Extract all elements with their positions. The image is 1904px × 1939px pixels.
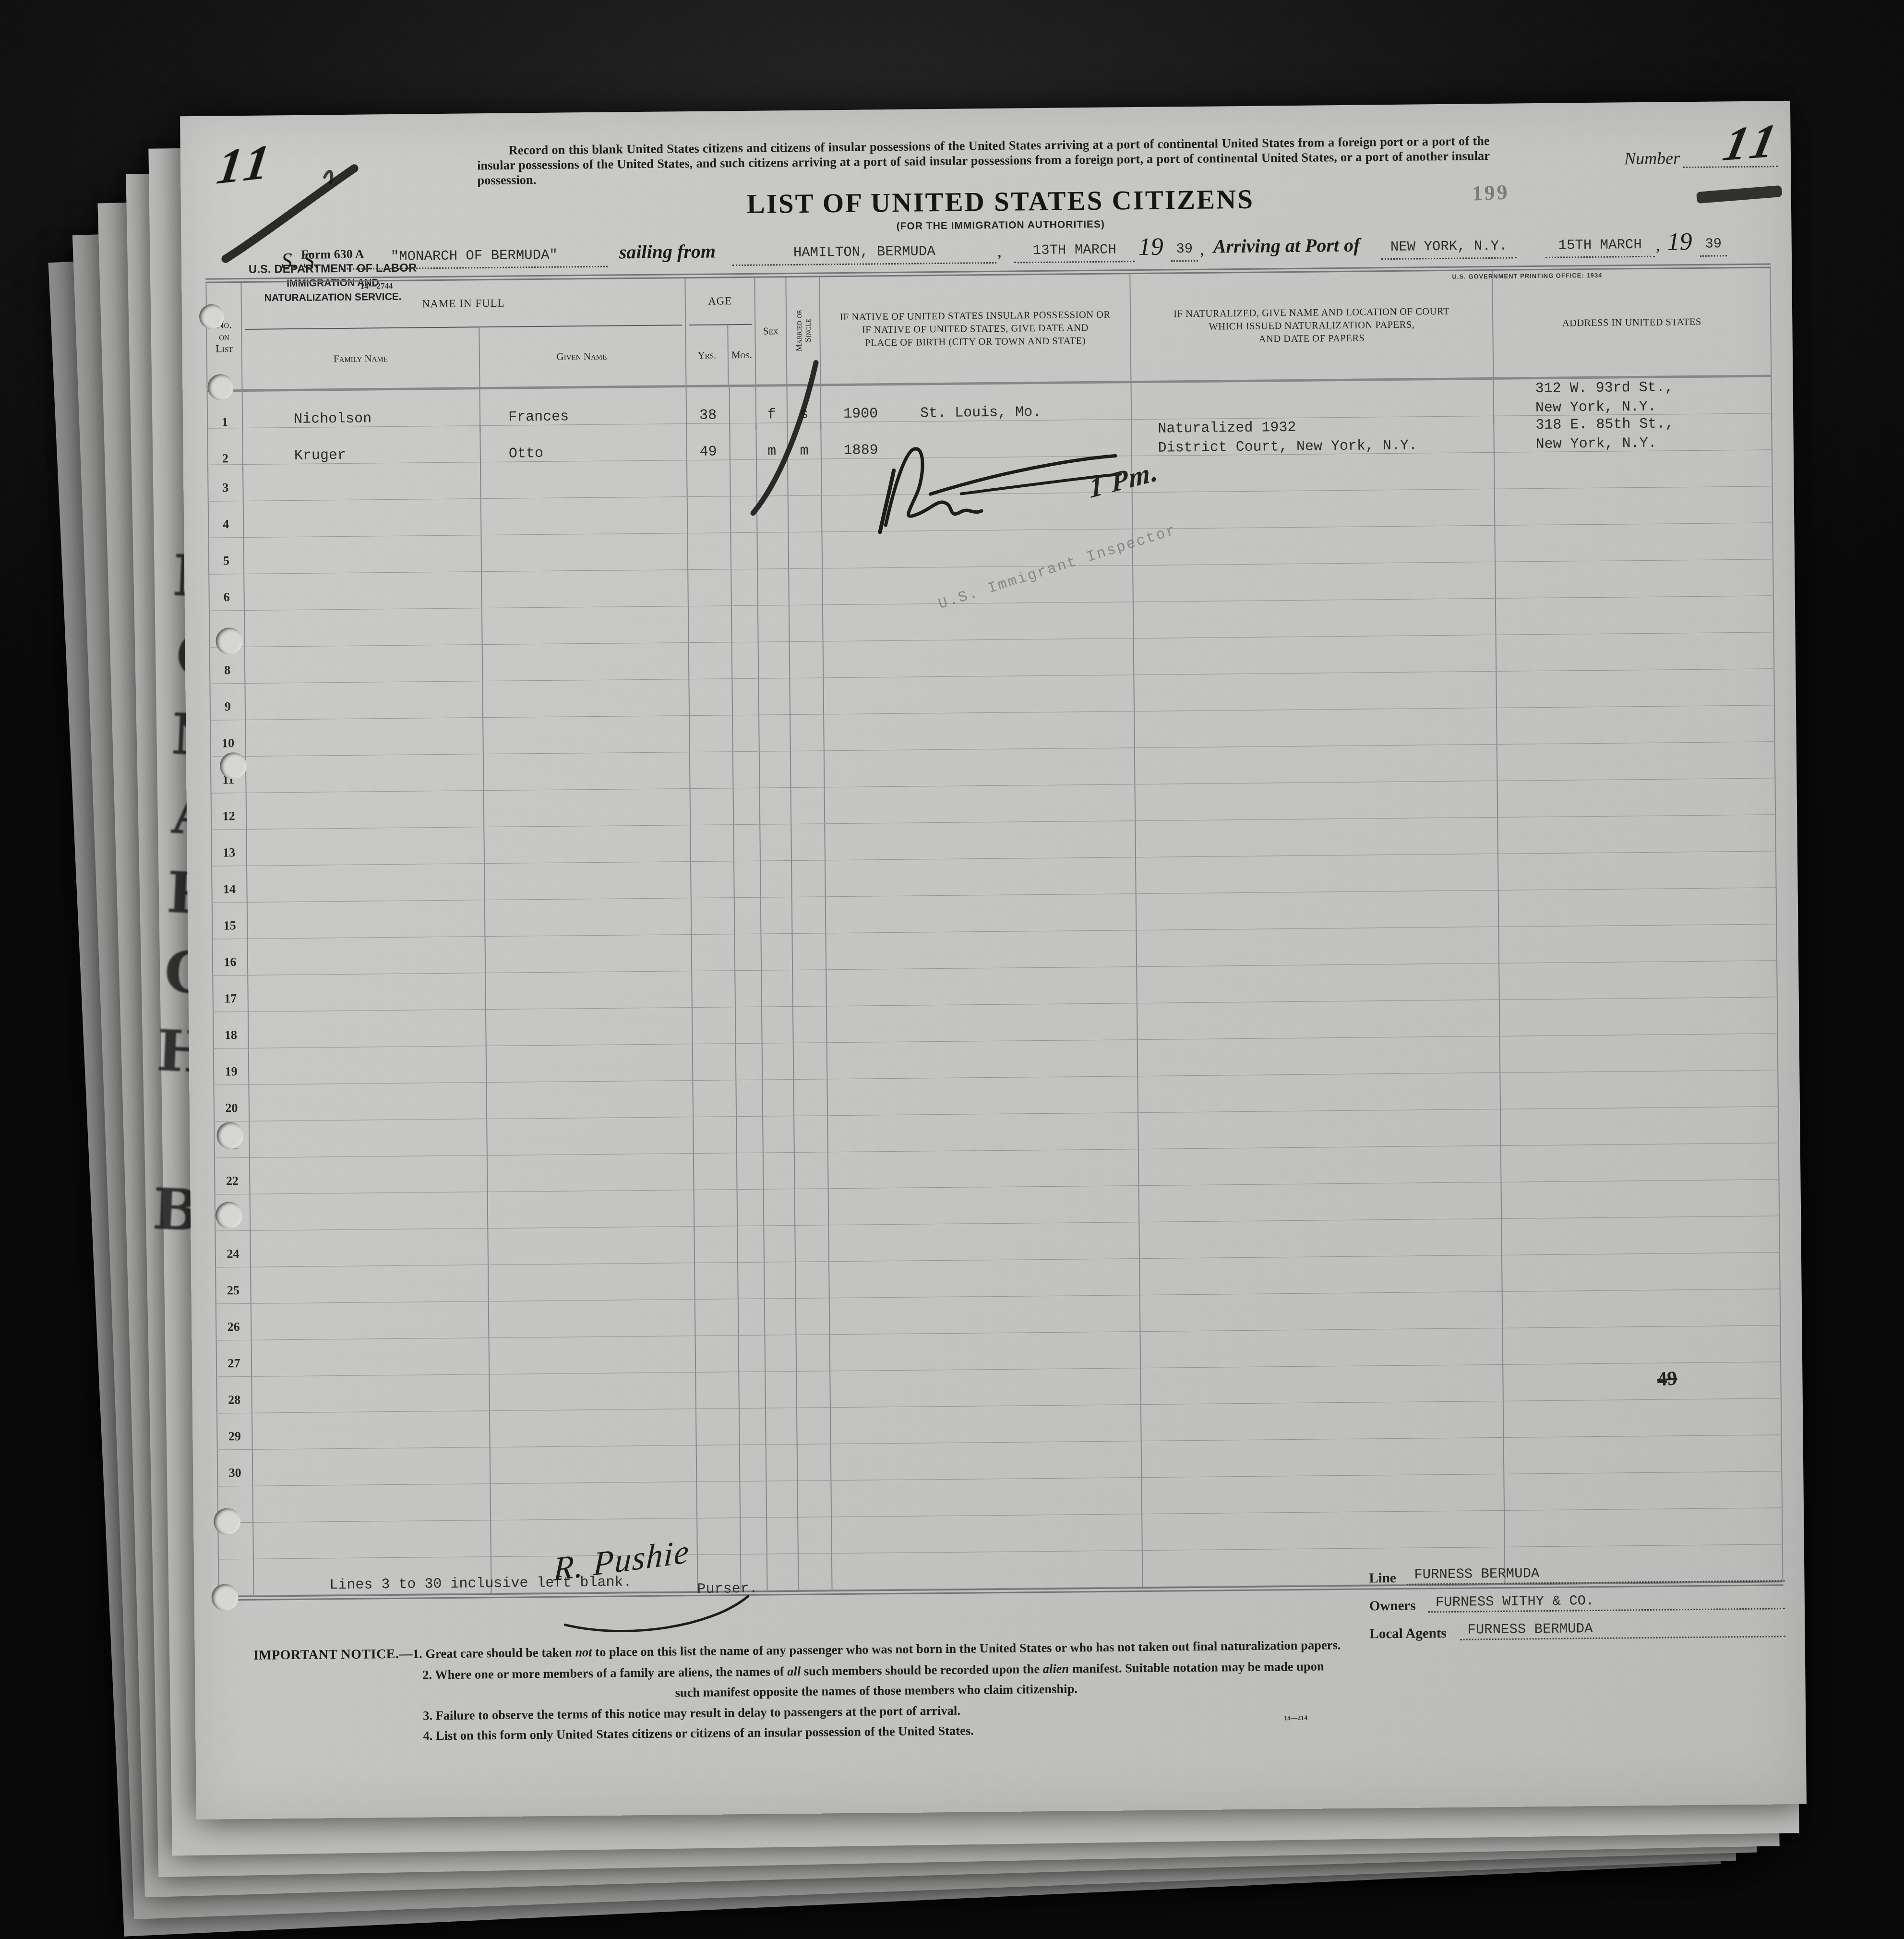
header-given-name: Given Name [479, 325, 683, 387]
row-number: 13 [211, 830, 247, 866]
cell-given-name [485, 862, 692, 900]
cell-given-name [487, 1044, 694, 1082]
cell-age-yrs [692, 971, 736, 1007]
cell-birth [828, 1113, 1139, 1152]
cell-given-name [487, 1081, 694, 1119]
cell-birth [822, 456, 1133, 495]
cell-sex [766, 1408, 798, 1445]
cell-naturalization [1138, 1036, 1501, 1076]
cell-family-name [245, 645, 483, 683]
cell-married-or-single [794, 1079, 828, 1116]
cell-age-yrs [689, 642, 733, 679]
cell-address [1503, 1289, 1781, 1328]
cell-naturalization [1137, 963, 1500, 1003]
cell-sex [761, 861, 792, 897]
row-number: 16 [212, 939, 249, 976]
cell-married-or-single [795, 1225, 829, 1262]
punch-hole [216, 627, 243, 655]
cell-sex [765, 1335, 797, 1372]
number-label: Number [1624, 148, 1680, 169]
cell-age-yrs [688, 533, 731, 569]
cell-sex [766, 1481, 798, 1517]
cell-birth [826, 894, 1137, 933]
cell-age-yrs [691, 825, 734, 861]
cell-birth [830, 1368, 1141, 1407]
comma: , [1200, 239, 1204, 259]
header-mos: Mos. [728, 325, 755, 385]
handwritten-manifest-number: 11 [1719, 112, 1786, 172]
cell-married-or-single [790, 678, 824, 714]
cell-married-or-single [798, 1517, 832, 1554]
cell-married-or-single [797, 1408, 831, 1444]
cell-age-yrs [697, 1445, 741, 1481]
row-number: 22 [214, 1158, 251, 1194]
cell-family-name [248, 973, 486, 1012]
cell-age-mos [738, 1190, 765, 1226]
cell-married-or-single [788, 459, 822, 495]
cell-age-mos [732, 642, 759, 679]
arrival-year-field: 39 [1700, 233, 1727, 257]
cell-given-name [484, 752, 691, 790]
row-number: 24 [215, 1231, 251, 1267]
row-number: 15 [212, 903, 248, 939]
header-sex: Sex [755, 277, 787, 385]
cell-given-name [488, 1227, 695, 1265]
cell-family-name [248, 937, 486, 975]
printed-year-prefix: 19 [1138, 233, 1163, 261]
cell-address [1496, 559, 1774, 598]
notice-items: IMPORTANT NOTICE.—1. Great care should b… [253, 1631, 1771, 1748]
cell-given-name [481, 497, 688, 535]
row-number: 20 [213, 1085, 250, 1121]
cell-age-yrs [695, 1226, 738, 1263]
cell-married-or-single [792, 933, 826, 970]
table-header: No. on List NAME IN FULL Family Name Giv… [205, 268, 1772, 392]
line-label: Line [1369, 1570, 1396, 1587]
cell-age-mos [736, 1080, 763, 1117]
cell-naturalization [1136, 818, 1498, 857]
cell-naturalization [1138, 1073, 1501, 1112]
cell-family-name [246, 718, 484, 756]
header-married-or-single: Married or Single [786, 277, 821, 384]
cell-family-name [249, 1046, 487, 1084]
cell-address [1499, 961, 1778, 1000]
punch-hole [214, 1508, 241, 1535]
row-number: 5 [208, 538, 244, 574]
cell-age-yrs [696, 1409, 740, 1445]
cell-naturalization [1138, 1109, 1501, 1149]
cell-age-yrs [695, 1190, 738, 1226]
row-number: 18 [213, 1012, 249, 1048]
cell-age-mos [739, 1299, 766, 1336]
cell-given-name [484, 825, 691, 863]
form-instructions-paragraph: Record on this blank United States citiz… [477, 133, 1490, 188]
cell-address [1500, 997, 1778, 1036]
cell-birth [829, 1222, 1140, 1261]
cell-given-name [482, 570, 689, 608]
cell-given-name [486, 971, 693, 1009]
crossed-out-number: 49 [1656, 1367, 1678, 1391]
arrival-port-field: NEW YORK, N.Y. [1381, 235, 1517, 260]
cell-address [1501, 1143, 1780, 1182]
cell-age-mos [739, 1372, 766, 1409]
cell-age-mos [732, 679, 759, 715]
punch-hole [220, 752, 247, 780]
cell-address [1495, 523, 1773, 562]
cell-family-name [249, 1083, 487, 1121]
cell-naturalization [1140, 1328, 1503, 1368]
cell-given-name [484, 789, 691, 827]
cell-address [1496, 596, 1774, 635]
cell-birth [831, 1478, 1142, 1517]
cell-married-or-single [795, 1152, 829, 1189]
cell-given-name [490, 1336, 696, 1374]
ss-label: S. S. [281, 247, 320, 273]
cell-given-name [483, 679, 690, 717]
cell-naturalization [1142, 1438, 1505, 1477]
cell-naturalization [1136, 781, 1498, 820]
row-number: 29 [216, 1413, 253, 1450]
cell-sex [763, 1116, 795, 1153]
cell-address [1502, 1216, 1780, 1255]
cell-age-yrs [694, 1117, 737, 1153]
comma: , [997, 241, 1002, 261]
punch-hole [216, 1202, 243, 1229]
cell-given-name [482, 606, 689, 644]
cell-married-or-single [794, 1116, 828, 1152]
cell-family-name [244, 535, 482, 574]
cell-given-name [481, 533, 688, 571]
cell-naturalization [1138, 1000, 1500, 1039]
cell-address [1504, 1435, 1783, 1474]
row-number: 6 [208, 574, 245, 611]
cell-married-or-single [789, 495, 823, 532]
sailing-from-label: sailing from [619, 240, 716, 263]
cell-family-name [248, 900, 486, 939]
cell-naturalization [1132, 453, 1495, 492]
line-value: FURNESS BERMUDA [1406, 1563, 1784, 1585]
cell-age-mos [738, 1226, 765, 1263]
table-body: 1NicholsonFrances38fs1900St. Louis, Mo.3… [207, 377, 1784, 1596]
cell-age-mos [732, 606, 759, 642]
cell-sex [757, 532, 789, 569]
cell-birth [825, 784, 1136, 823]
cell-age-mos [735, 971, 762, 1007]
departure-port-field: HAMILTON, BERMUDA [732, 240, 996, 266]
header-family-name: Family Name [242, 327, 480, 389]
cell-address [1497, 632, 1775, 671]
cell-given-name [491, 1482, 697, 1520]
cell-family-name [253, 1484, 491, 1522]
header-naturalization: IF NATURALIZED, GIVE NAME AND LOCATION O… [1130, 271, 1494, 381]
cell-family-name [251, 1265, 489, 1303]
cell-sex [764, 1153, 795, 1189]
cell-sex [765, 1299, 797, 1335]
cell-birth [826, 967, 1138, 1006]
cell-birth [832, 1514, 1143, 1553]
cell-sex [766, 1372, 797, 1408]
cell-given-name [489, 1263, 695, 1301]
cell-naturalization [1139, 1219, 1502, 1258]
printed-year-prefix: 19 [1667, 228, 1692, 256]
cell-married-or-single [796, 1335, 830, 1371]
cell-address [1499, 888, 1777, 927]
row-number: 9 [209, 684, 246, 720]
cell-age-mos [730, 460, 757, 496]
cell-address [1504, 1471, 1783, 1510]
row-number: 10 [210, 720, 246, 757]
cell-birth [831, 1405, 1142, 1444]
header-age: AGE Yrs. Mos. [685, 278, 756, 385]
cell-family-name [253, 1520, 491, 1559]
cell-married-or-single [796, 1298, 830, 1335]
cell-birth [829, 1186, 1140, 1225]
page-subtitle: (FOR THE IMMIGRATION AUTHORITIES) [897, 219, 1105, 232]
cell-age-mos [735, 898, 762, 934]
cell-naturalization [1136, 854, 1499, 893]
cell-married-or-single [789, 568, 823, 605]
cell-given-name [483, 716, 690, 754]
cell-birth [824, 675, 1135, 714]
cell-sex [762, 1007, 794, 1043]
cell-naturalization [1141, 1365, 1504, 1404]
cell-married-or-single [790, 641, 824, 678]
cell-sex [764, 1226, 796, 1262]
cell-family-name [250, 1119, 488, 1157]
cell-family-name [251, 1192, 489, 1230]
cell-address [1497, 669, 1775, 708]
ship-name-field: "MONARCH OF BERMUDA" [341, 244, 608, 270]
cell-age-mos [736, 1044, 763, 1080]
cell-sex [759, 678, 790, 715]
cell-naturalization [1139, 1146, 1502, 1185]
cell-married-or-single [795, 1189, 829, 1225]
cell-birth [825, 821, 1136, 860]
cell-family-name [251, 1301, 490, 1340]
cell-age-yrs [693, 1080, 737, 1117]
header-name-in-full: NAME IN FULL Family Name Given Name [241, 278, 686, 389]
cell-birth [830, 1295, 1141, 1334]
cell-sex [758, 605, 790, 642]
cell-married-or-single [792, 860, 826, 897]
cell-age-yrs [694, 1153, 738, 1190]
cell-given-name [481, 460, 688, 498]
cell-age-mos [734, 861, 761, 898]
cell-naturalization [1133, 526, 1496, 565]
cell-address [1502, 1253, 1781, 1291]
cell-married-or-single [797, 1371, 831, 1408]
cell-family-name [252, 1411, 491, 1449]
cell-naturalization [1140, 1292, 1503, 1331]
cell-family-name [249, 1010, 487, 1048]
cell-family-name [245, 681, 483, 720]
cell-married-or-single [798, 1444, 832, 1481]
cell-address [1503, 1325, 1781, 1364]
cell-sex [760, 824, 792, 861]
cell-age-mos [740, 1409, 766, 1445]
cell-birth [831, 1441, 1142, 1480]
cell-age-yrs [693, 1044, 737, 1080]
cell-married-or-single [789, 532, 823, 568]
row-number: 30 [217, 1450, 253, 1486]
owners-value: FURNESS WITHY & CO. [1428, 1591, 1785, 1613]
cell-sex [763, 1080, 794, 1116]
cell-birth [824, 638, 1135, 677]
cell-address [1501, 1107, 1779, 1145]
row-number: 27 [216, 1340, 252, 1377]
received-number-stamp: 199 [1472, 180, 1510, 205]
cell-naturalization [1137, 891, 1499, 930]
cell-sex [759, 642, 790, 678]
cell-given-name [490, 1373, 696, 1410]
cell-address [1495, 450, 1773, 489]
cell-address [1505, 1508, 1783, 1547]
cell-birth [822, 493, 1133, 531]
row-number: 25 [215, 1267, 251, 1304]
cell-family-name [245, 608, 483, 647]
cell-naturalization [1133, 489, 1496, 529]
cell-family-name [247, 864, 485, 902]
cell-birth [827, 1040, 1138, 1079]
cell-birth [823, 602, 1134, 641]
header-yrs: Yrs. [686, 325, 729, 385]
sailing-date-field: 13TH MARCH [1014, 239, 1135, 263]
cell-address [1499, 924, 1777, 963]
cell-age-yrs [696, 1372, 740, 1409]
cell-sex [757, 496, 789, 532]
cell-age-mos [736, 1007, 763, 1044]
cell-age-mos [740, 1445, 767, 1481]
cell-birth [828, 1149, 1139, 1188]
cell-sex [758, 569, 790, 605]
cell-address [1495, 486, 1773, 525]
cell-sex [761, 934, 793, 970]
marker-underline [1696, 185, 1782, 204]
cell-sex [757, 459, 789, 496]
cell-married-or-single [791, 751, 825, 787]
handwritten-page-number: 11 [214, 133, 277, 196]
cell-given-name [486, 1008, 693, 1046]
header-address: ADDRESS IN UNITED STATES [1493, 268, 1772, 377]
cell-age-yrs [689, 606, 732, 642]
cell-sex [764, 1189, 796, 1226]
cell-age-yrs [689, 679, 733, 715]
arriving-at-port-label: Arriving at Port of [1213, 234, 1360, 258]
comma: , [1656, 235, 1660, 255]
cell-given-name [491, 1445, 697, 1483]
cell-age-mos [733, 752, 760, 788]
cell-address [1497, 705, 1775, 744]
row-number: 4 [208, 501, 244, 538]
cell-family-name [244, 499, 482, 537]
cell-age-yrs [695, 1336, 739, 1372]
cell-naturalization [1135, 745, 1498, 784]
cell-address [1497, 742, 1776, 781]
cell-age-yrs [695, 1299, 739, 1336]
cell-age-yrs [691, 788, 734, 825]
cell-family-name [243, 462, 481, 501]
cell-address [1501, 1180, 1780, 1218]
cell-birth [827, 1003, 1138, 1042]
cell-age-yrs [691, 861, 735, 898]
cell-family-name [252, 1374, 490, 1413]
header-no-on-list: No. on List [205, 283, 242, 390]
cell-age-yrs [693, 1007, 736, 1044]
punch-hole [211, 1584, 239, 1611]
arrival-date-field: 15TH MARCH [1545, 234, 1655, 258]
cell-age-mos [740, 1481, 767, 1518]
cell-naturalization [1135, 708, 1497, 747]
cell-family-name [252, 1338, 490, 1376]
cell-age-mos [734, 825, 761, 861]
cell-birth [830, 1332, 1141, 1371]
row-number: 19 [213, 1048, 250, 1085]
cell-naturalization [1134, 599, 1497, 638]
cell-birth [827, 1076, 1138, 1115]
page-title: LIST OF UNITED STATES CITIZENS [746, 184, 1254, 220]
cell-age-mos [731, 496, 758, 533]
cell-age-mos [731, 533, 758, 569]
cell-married-or-single [793, 1006, 827, 1043]
manifest-page: 11 Form 630 A U.S. DEPARTMENT OF LABOR I… [180, 101, 1807, 1819]
cell-age-yrs [692, 934, 735, 971]
cell-age-mos [737, 1117, 764, 1153]
punch-hole [216, 1122, 244, 1149]
cell-age-mos [733, 715, 760, 752]
cell-address [1503, 1362, 1782, 1401]
scan-background: { "page": { "corner_mark": "11", "form":… [0, 0, 1904, 1939]
cell-address [1504, 1398, 1782, 1437]
cell-married-or-single [791, 787, 826, 824]
cell-naturalization [1140, 1255, 1503, 1295]
cell-married-or-single [790, 605, 824, 641]
cell-naturalization [1134, 672, 1497, 711]
cell-birth [825, 748, 1136, 787]
cell-age-mos [738, 1263, 765, 1299]
cell-address [1500, 1034, 1779, 1072]
cell-family-name [247, 827, 485, 866]
cell-birth [826, 930, 1137, 969]
row-number: 26 [216, 1304, 252, 1340]
cell-address [1497, 778, 1776, 817]
sailing-year-field: 39 [1171, 238, 1198, 262]
owners-label: Owners [1369, 1598, 1416, 1614]
cell-given-name [487, 1117, 694, 1155]
cell-family-name [251, 1228, 489, 1267]
cell-sex [765, 1262, 796, 1299]
cell-given-name [489, 1300, 696, 1337]
cell-married-or-single [799, 1554, 833, 1590]
cell-given-name [488, 1190, 695, 1228]
cell-naturalization [1133, 562, 1496, 602]
cell-married-or-single [790, 714, 825, 751]
header-birth: IF NATIVE OF UNITED STATES INSULAR POSSE… [820, 274, 1131, 384]
cell-age-yrs [697, 1518, 741, 1554]
cell-birth [829, 1259, 1140, 1298]
cell-naturalization [1137, 927, 1499, 966]
cell-age-yrs [688, 569, 732, 606]
cell-family-name [247, 791, 485, 829]
cell-naturalization [1142, 1511, 1505, 1550]
cell-sex [760, 788, 792, 824]
passenger-table: No. on List NAME IN FULL Family Name Giv… [205, 263, 1783, 1601]
cell-address [1498, 851, 1777, 890]
cell-address [1498, 815, 1776, 854]
cell-given-name [483, 643, 690, 681]
row-number: 3 [207, 465, 244, 501]
purser-label: Purser. [697, 1581, 757, 1598]
cell-naturalization [1134, 635, 1497, 674]
